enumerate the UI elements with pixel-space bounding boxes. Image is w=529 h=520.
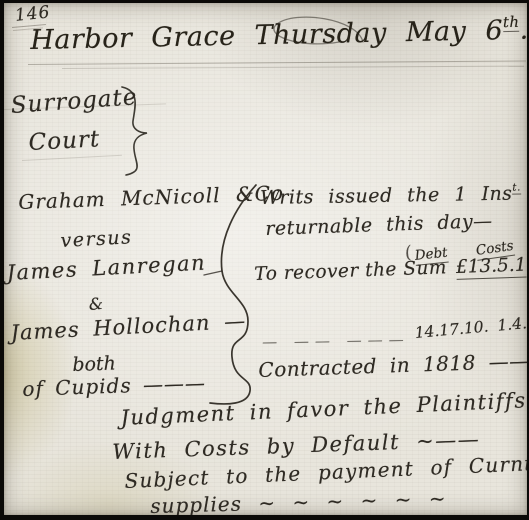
heading-dateline: Harbor Grace Thursday May 6th. 1819 bbox=[30, 13, 527, 56]
writs-line: Writs issued the 1 Inst. bbox=[260, 182, 521, 209]
heading-year: . 1819 bbox=[519, 13, 527, 46]
row2-costs-amount: 1.4.6 bbox=[497, 313, 527, 334]
scanned-document: 146 Harbor Grace Thursday May 6th. 1819 … bbox=[0, 0, 529, 520]
writs-text: Writs issued the 1 Ins bbox=[260, 183, 513, 209]
judgment-line4: supplies ~ ~ ~ ~ ~ ~ bbox=[150, 486, 447, 515]
court-brace bbox=[116, 83, 156, 179]
row2-debt-amount: 14.17.10. bbox=[414, 318, 489, 342]
debt-amount: £13.5.1 bbox=[456, 254, 527, 279]
recover-line: To recover the Sum £13.5.1 £1.4.6 bbox=[254, 252, 527, 287]
heading-rule-2 bbox=[62, 66, 524, 69]
writs-sup: t. bbox=[512, 182, 521, 195]
case-brace bbox=[202, 181, 266, 413]
court-rule-2 bbox=[22, 155, 122, 161]
heading-main: Harbor Grace Thursday May 6 bbox=[30, 15, 503, 56]
contracted-line: Contracted in 1818 —— bbox=[258, 349, 527, 382]
heading-rule-1 bbox=[28, 61, 526, 65]
court-name-line2: Court bbox=[28, 126, 101, 156]
row2-amounts: 14.17.10. 1.4.6 bbox=[414, 313, 527, 342]
residence-label: of Cupids ——— bbox=[22, 371, 206, 401]
heading-ordinal-sup: th bbox=[503, 13, 520, 32]
page-number: 146 bbox=[14, 3, 51, 26]
row2-dash-leader: — —— ——— bbox=[262, 330, 410, 351]
recover-label: To recover the Sum bbox=[254, 257, 447, 285]
both-label: both bbox=[72, 352, 116, 376]
conjunction-mark: & bbox=[88, 294, 104, 314]
versus-label: versus bbox=[60, 226, 133, 252]
defendant1-name: James Lanregan bbox=[6, 251, 207, 285]
returnable-line: returnable this day— bbox=[265, 210, 493, 240]
paper-page: 146 Harbor Grace Thursday May 6th. 1819 … bbox=[4, 3, 527, 515]
